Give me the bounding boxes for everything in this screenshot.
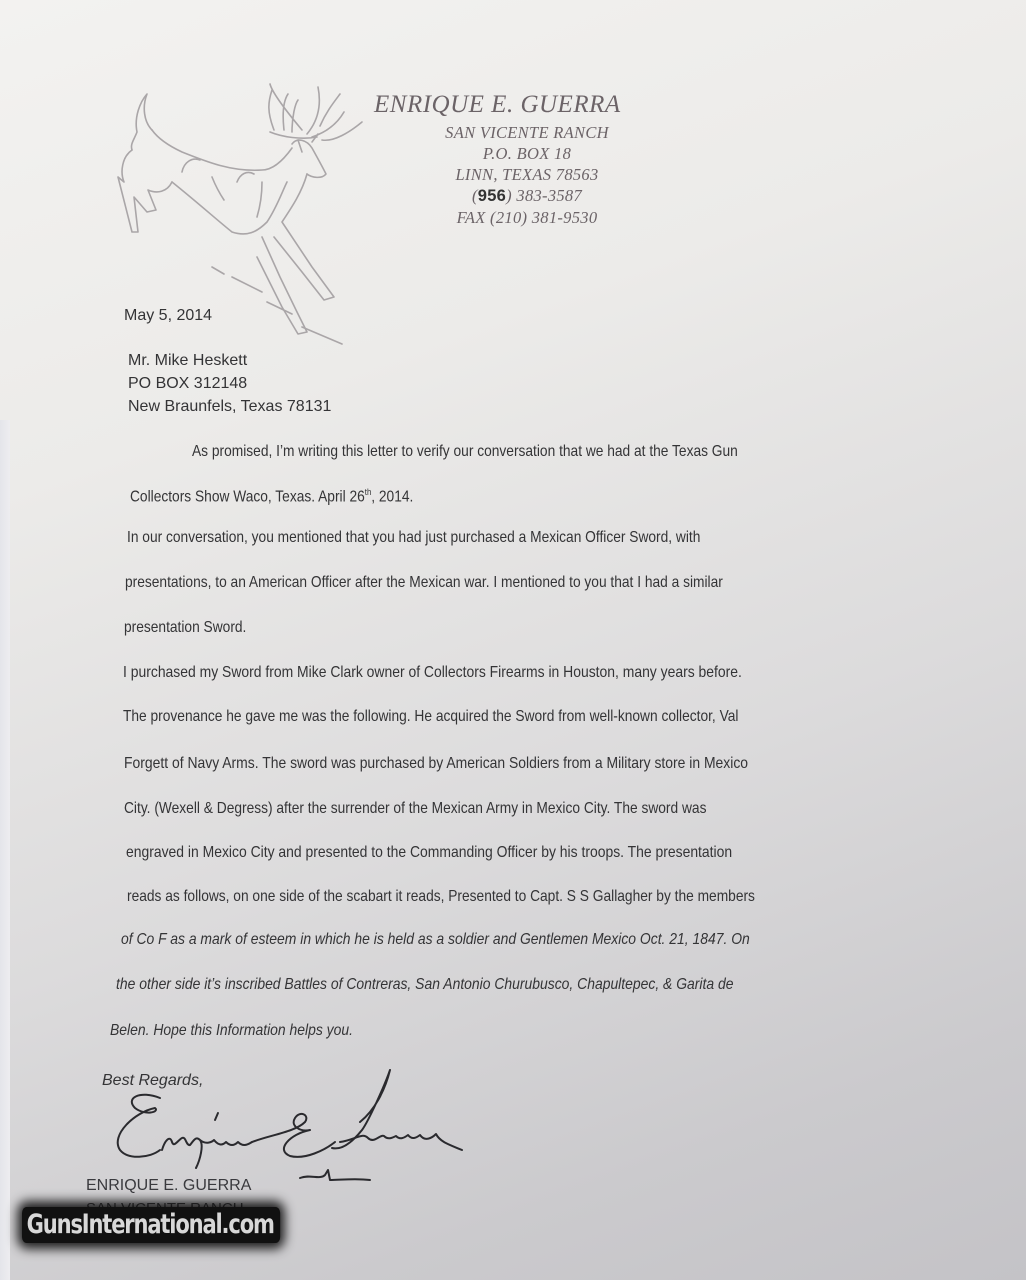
letterhead-name: ENRIQUE E. GUERRA [374,88,660,122]
body-line: the other side it’s inscribed Battles of… [116,976,733,994]
body-line: Collectors Show Waco, Texas. April 26th,… [130,487,413,506]
body-line: As promised, I’m writing this letter to … [192,443,738,461]
signer-name: ENRIQUE E. GUERRA [86,1177,251,1195]
body-line: Forgett of Navy Arms. The sword was purc… [124,755,748,773]
body-line: I purchased my Sword from Mike Clark own… [123,664,742,682]
letterhead-fax: FAX (210) 381-9530 [394,207,660,228]
body-line: of Co F as a mark of esteem in which he … [121,931,750,949]
watermark: GunsInternational.com [22,1207,280,1243]
recipient-name: Mr. Mike Heskett [128,350,247,372]
body-line: presentations, to an American Officer af… [125,574,723,592]
paper-edge [0,420,10,1280]
body-line: City. (Wexell & Degress) after the surre… [124,800,706,818]
body-line: In our conversation, you mentioned that … [127,529,700,547]
letterhead: ENRIQUE E. GUERRA SAN VICENTE RANCH P.O.… [360,88,660,228]
recipient-address-line1: PO BOX 312148 [128,373,247,395]
recipient-address-line2: New Braunfels, Texas 78131 [128,396,331,418]
letterhead-ranch: SAN VICENTE RANCH [394,122,660,143]
body-line: Belen. Hope this Information helps you. [110,1022,353,1040]
body-line: The provenance he gave me was the follow… [123,708,738,726]
letterhead-city: LINN, TEXAS 78563 [394,164,660,185]
phone-number: ) 383-3587 [506,186,582,205]
body-line: engraved in Mexico City and presented to… [126,844,732,862]
letterhead-phone: (956) 383-3587 [394,185,660,207]
body-line: reads as follows, on one side of the sca… [127,888,755,906]
letter-date: May 5, 2014 [124,307,212,325]
letterhead-po-box: P.O. BOX 18 [394,143,660,164]
phone-area-code: 956 [478,187,506,205]
body-line: presentation Sword. [124,619,246,637]
